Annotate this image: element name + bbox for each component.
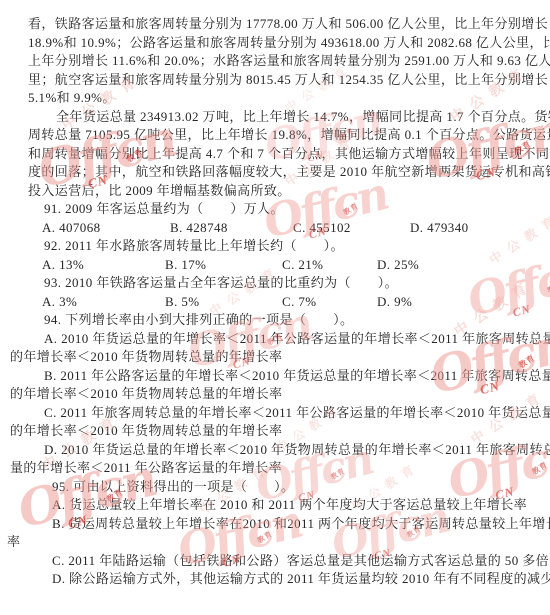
answer-option: C. 7% bbox=[282, 294, 317, 309]
passage-line: 度的回落；其中，航空和铁路回落幅度较大，主要是 2010 年航空新增两架货运专机… bbox=[28, 164, 550, 179]
answer-option: A. 13% bbox=[42, 257, 84, 272]
option-line: C. 2011 年旅客周转总量的年增长率＜2011 年公路客运量的年增长率＜20… bbox=[44, 405, 550, 420]
option-line-continuation: 率 bbox=[7, 534, 20, 549]
passage-line: 看，铁路客运量和旅客周转量分别为 17778.00 万人和 506.00 亿人公… bbox=[28, 16, 548, 31]
passage-line: 5.1%和 9.9%。 bbox=[28, 90, 116, 105]
passage-line: 周转总量 7105.95 亿吨公里，比上年增长 19.8%，增幅同比提高 0.1… bbox=[28, 127, 550, 142]
question-stem: 91. 2009 年客运总量约为（ ）万人。 bbox=[44, 201, 284, 216]
question-stem: 93. 2010 年铁路客运量占全年客运总量的比重约为（ ）。 bbox=[44, 275, 398, 290]
question-stem: 92. 2011 年水路旅客周转量比上年增长约（ ）。 bbox=[44, 238, 344, 253]
answer-option: A. 3% bbox=[42, 294, 77, 309]
passage-line: 里；航空客运量和旅客周转量分别为 8015.45 万人和 1254.35 亿人公… bbox=[28, 72, 548, 87]
option-line: D. 除公路运输方式外，其他运输方式的 2011 年货运量均较 2010 年有不… bbox=[52, 571, 550, 586]
option-line: B. 2011 年公路客运量的年增长率＜2010 年货运总量的年增长率＜2011… bbox=[44, 368, 550, 383]
option-line: A. 2010 年货运总量的年增长率＜2011 年公路客运量的年增长率＜2011… bbox=[44, 331, 550, 346]
answer-option: B. 428748 bbox=[170, 220, 228, 235]
option-line-continuation: 量的年增长率＜2011 年公路客运量的年增长率 bbox=[10, 460, 282, 475]
passage-line: 投入运营后，比 2009 年增幅基数偏高所致。 bbox=[28, 183, 291, 198]
answer-option: D. 479340 bbox=[410, 220, 469, 235]
option-line: B. 货运周转总量较上年增长率在2010 和2011 两个年度均大于客运周转总量… bbox=[52, 516, 550, 531]
answer-option: B. 5% bbox=[165, 294, 200, 309]
option-line-continuation: 的年增长率＜2010 年货物周转总量的年增长率 bbox=[10, 349, 282, 364]
option-line: A. 货运总量较上年增长率在 2010 和 2011 两个年度均大于客运总量较上… bbox=[52, 497, 527, 512]
answer-option: A. 407068 bbox=[42, 220, 101, 235]
option-line-continuation: 的年增长率＜2010 年货物周转总量的年增长率 bbox=[10, 386, 282, 401]
passage-line: 上年分别增长 11.6%和 20.0%；水路客运量和旅客周转量分别为 2591.… bbox=[28, 53, 550, 68]
question-stem: 95. 可由以上资料得出的一项是（ ）。 bbox=[52, 479, 294, 494]
answer-option: B. 17% bbox=[165, 257, 206, 272]
passage-line: 全年货运总量 234913.02 万吨，比上年增长 14.7%，增幅同比提高 1… bbox=[56, 109, 550, 124]
passage-line: 和周转量增幅分别比上年提高 4.7 个和 7 个百分点，其他运输方式增幅较上年则… bbox=[28, 146, 550, 161]
question-stem: 94. 下列增长率由小到大排列正确的一项是（ ）。 bbox=[44, 312, 353, 327]
answer-option: D. 25% bbox=[377, 257, 419, 272]
option-line-continuation: 的年增长率＜2010 年货物周转总量的年增长率 bbox=[10, 423, 282, 438]
option-line: C. 2011 年陆路运输（包括铁路和公路）客运总量是其他运输方式客运总量的 5… bbox=[52, 553, 549, 568]
option-line: D. 2010 年货运总量的年增长率＜2010 年货物周转总量的年增长率＜201… bbox=[44, 442, 550, 457]
answer-option: D. 9% bbox=[377, 294, 412, 309]
answer-option: C. 21% bbox=[282, 257, 323, 272]
document-text-layer: 看，铁路客运量和旅客周转量分别为 17778.00 万人和 506.00 亿人公… bbox=[0, 0, 550, 615]
passage-line: 18.9%和 10.9%；公路客运量和旅客周转量分别为 493618.00 万人… bbox=[28, 35, 550, 50]
exam-document-page: 中公教育OffcnCN教育中公教育OffcnCN教育中公教育OffcnCN教育中… bbox=[0, 0, 550, 615]
answer-option: C. 455102 bbox=[293, 220, 351, 235]
